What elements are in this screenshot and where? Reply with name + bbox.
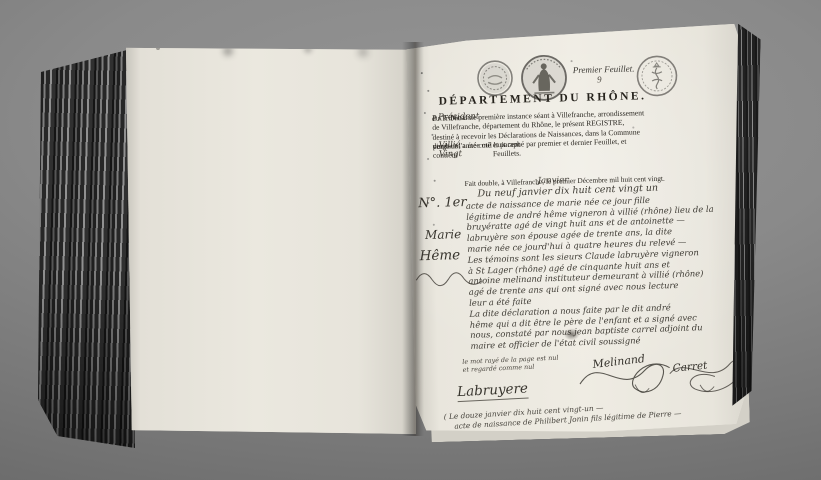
register-right-page: Premier Feuillet. 9 DÉPARTEMENT DU RHÔNE… (406, 24, 753, 437)
labruyere-signature: Labruyere (457, 380, 529, 402)
premier-feuillet-label: Premier Feuillet. (573, 64, 635, 76)
postmark-stamp-icon (474, 58, 515, 99)
photo-open-register-book: Premier Feuillet. 9 DÉPARTEMENT DU RHÔNE… (0, 0, 821, 480)
printed-preamble: Par NousPrésident du Tribunal de premièr… (432, 106, 719, 160)
book-gutter-shadow (402, 42, 424, 436)
act-number: N°. 1er (418, 195, 467, 211)
feuillets-word: Feuillets. (493, 149, 521, 159)
blank-left-page (126, 44, 416, 434)
act-month-label: Janvier (538, 175, 569, 186)
left-page-edges-stack (38, 48, 135, 448)
paraph-mark: 9 (597, 74, 602, 84)
margin-last-name: Hême (419, 247, 460, 264)
handwritten-act-text: Du neuf janvier dix huit cent vingt unac… (465, 181, 746, 352)
margin-first-name: Marie (425, 227, 461, 242)
page-title: DÉPARTEMENT DU RHÔNE. (407, 89, 677, 108)
page-top-stains (156, 46, 160, 50)
feuillet-count-handwritten: Vingt (439, 150, 462, 160)
